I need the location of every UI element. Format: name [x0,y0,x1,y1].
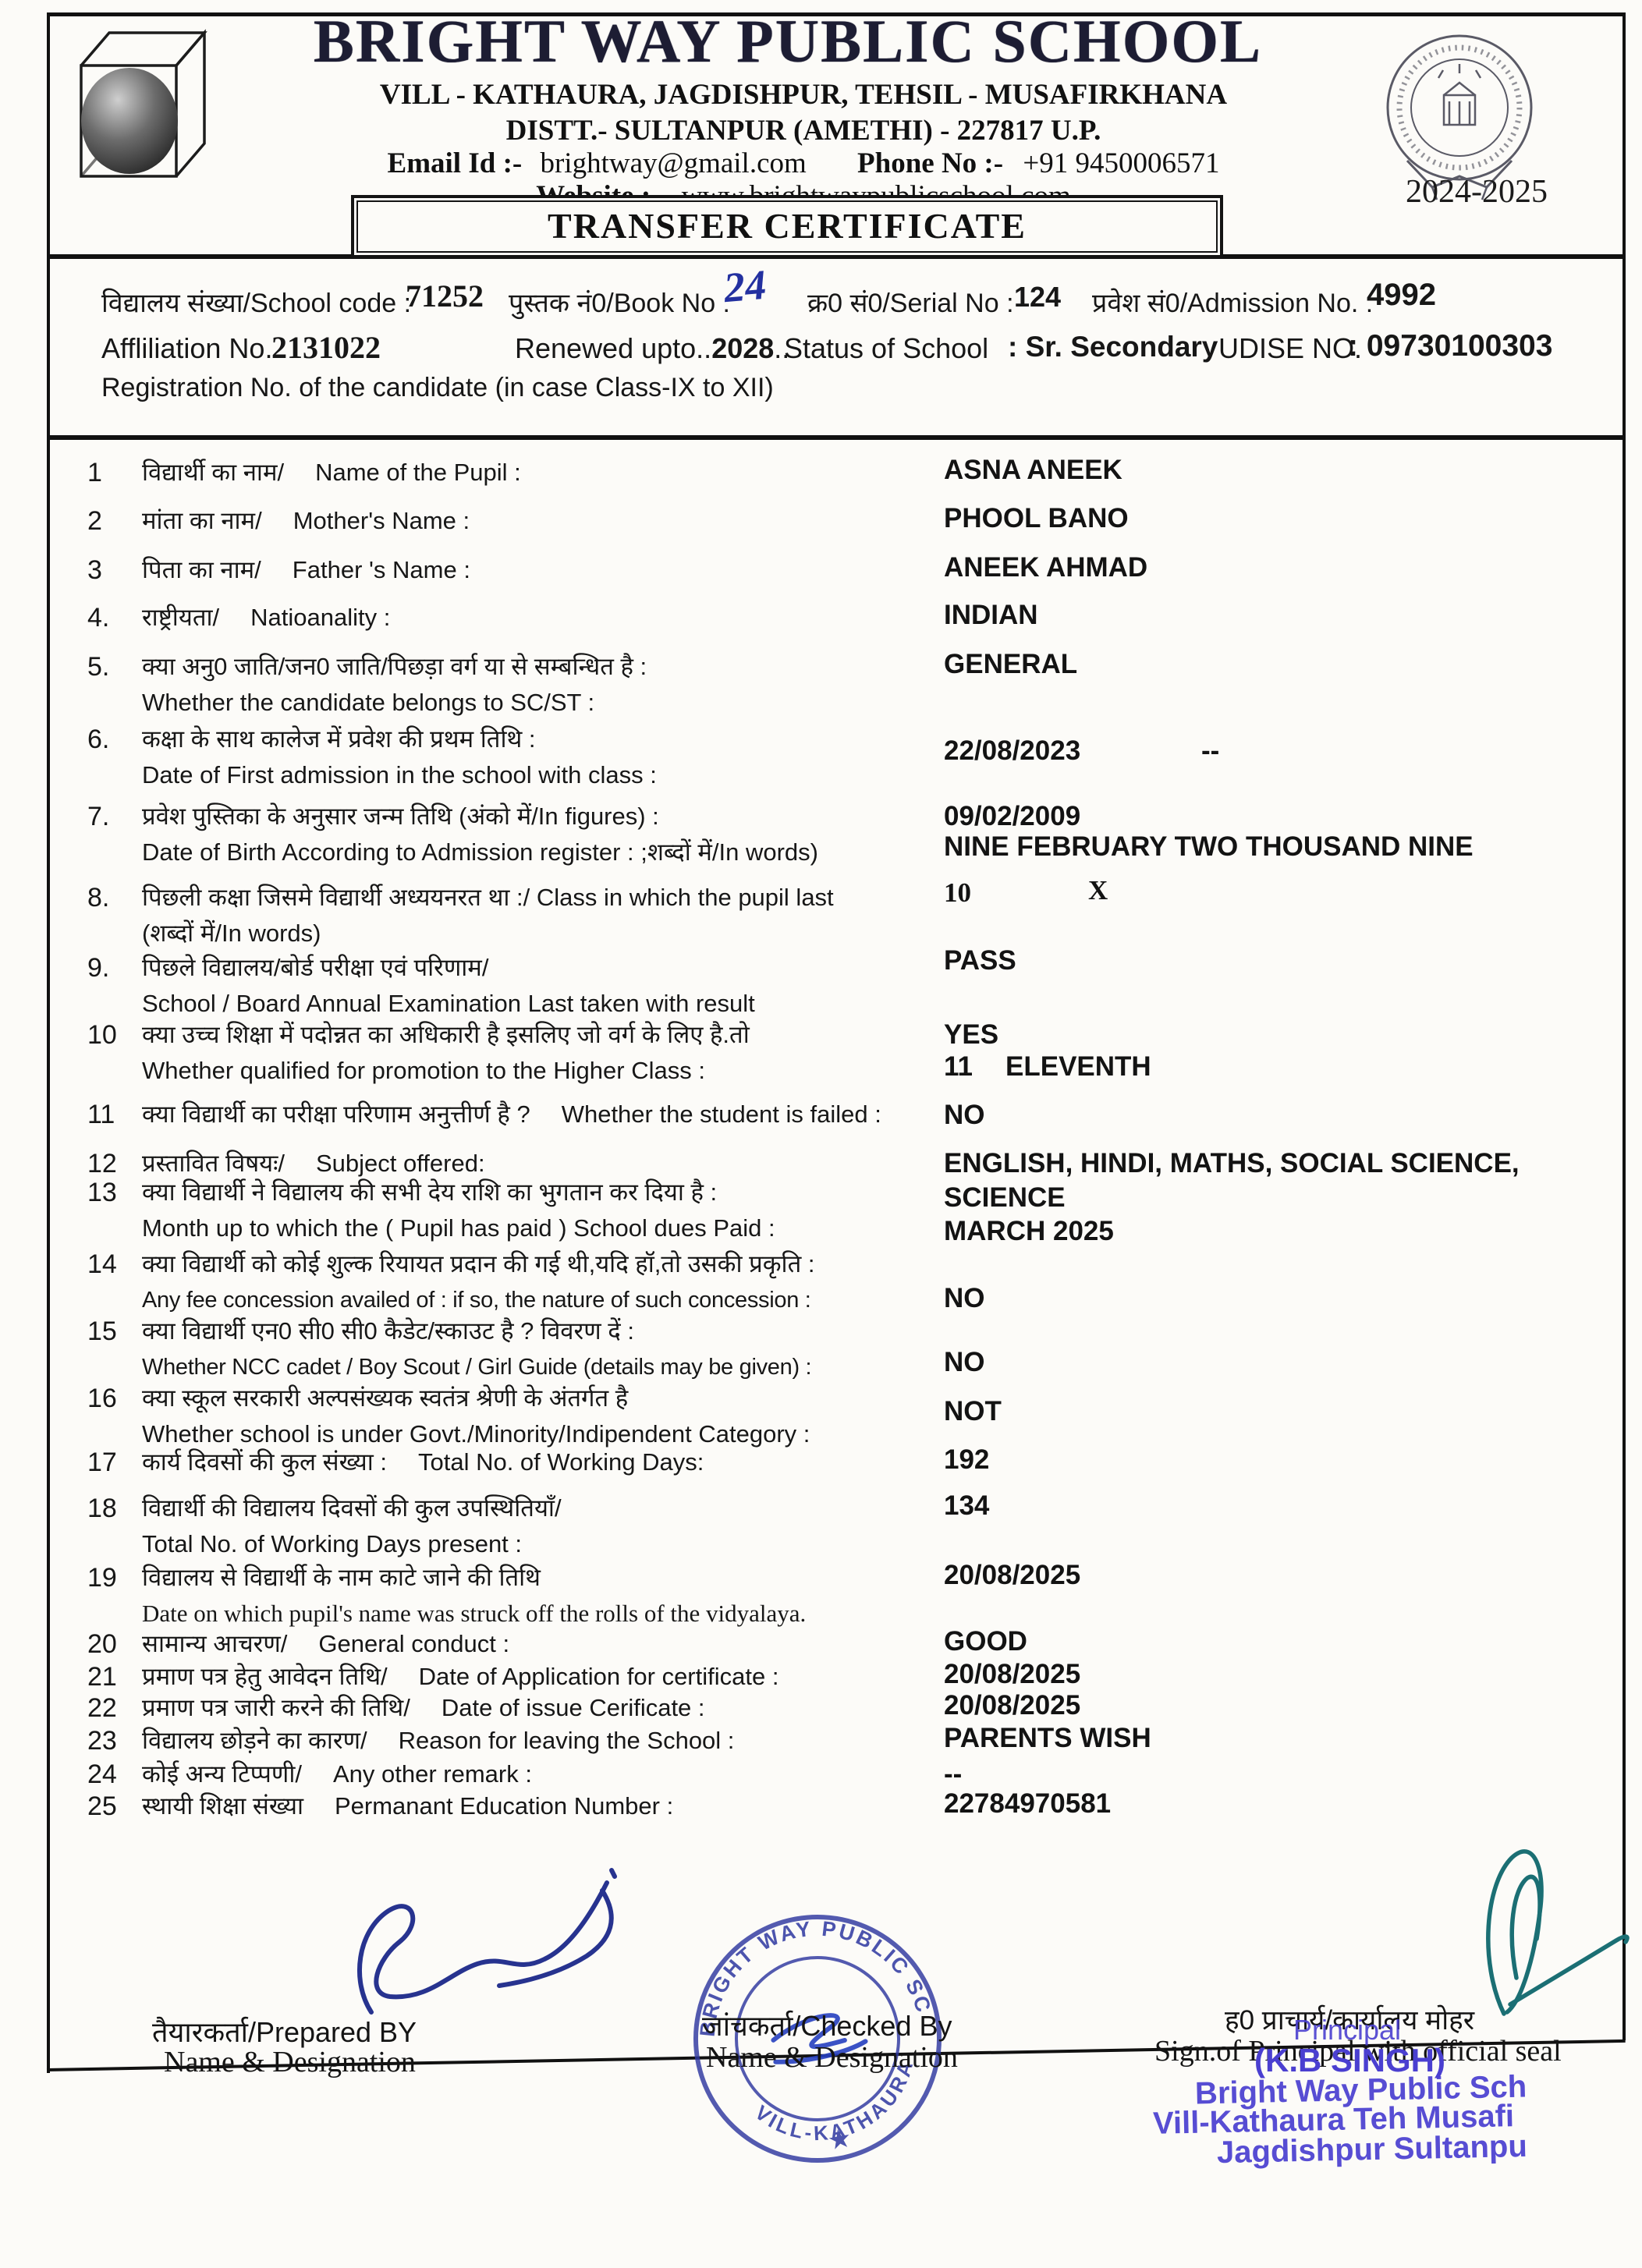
value-leaving-reason: PARENTS WISH [944,1723,1151,1754]
value-days-present: 134 [944,1490,989,1522]
certificate-title: TRANSFER CERTIFICATE [548,206,1027,246]
item-row-2: 2मांता का नाम/Mother's Name : [87,503,942,539]
prepared-by-sub: Name & Designation [164,2045,416,2079]
transfer-certificate-document: BRIGHT WAY PUBLIC SCHOOL VILL - KATHAURA… [0,0,1642,2268]
certificate-title-box: TRANSFER CERTIFICATE [351,195,1223,258]
item-row-8: 8.पिछली कक्षा जिसमे विद्यार्थी अध्ययनरत … [87,880,942,951]
item-row-23: 23विद्यालय छोड़ने का कारण/Reason for lea… [87,1723,942,1759]
affiliation-label: Affliliation No. [101,332,272,365]
value-last-class-words: X [1088,875,1108,906]
stamp-school-line3: Jagdishpur Sultanpu [1217,2129,1528,2171]
school-code-label: विद्यालय संख्या/School code : [101,284,411,320]
prepared-by-signature [296,1856,702,2028]
item-row-7: 7.प्रवेश पुस्तिका के अनुसार जन्म तिथि (अ… [87,799,942,870]
phone-value: +91 9450006571 [1023,147,1219,179]
value-working-days: 192 [944,1444,989,1476]
school-contact-line: Email Id :- brightway@gmail.com Phone No… [234,147,1373,180]
item-row-3: 3पिता का नाम/Father 's Name : [87,552,942,588]
item-row-20: 20सामान्य आचरण/General conduct : [87,1626,942,1662]
book-no-value-handwritten: 24 [722,260,768,312]
item-row-9: 9.पिछले विद्यालय/बोर्ड परीक्षा एवं परिणा… [87,950,942,1022]
item-row-5: 5.क्या अनु0 जाति/जन0 जाति/पिछड़ा वर्ग या… [87,649,942,721]
item-row-24: 24कोई अन्य टिप्पणी/Any other remark : [87,1756,942,1792]
item-row-10: 10क्या उच्च शिक्षा में पदोन्नत का अधिकार… [87,1017,942,1089]
value-dues-paid: MARCH 2025 [944,1216,1114,1247]
udise-label: UDISE NO. [1218,332,1362,365]
value-application-date: 20/08/2025 [944,1659,1080,1690]
school-name: BRIGHT WAY PUBLIC SCHOOL [203,9,1373,73]
border-left [47,12,50,2073]
value-fee-concession: NO [944,1283,985,1314]
admission-no-label: प्रवेश सं0/Admission No. : [1092,284,1373,320]
value-pen-number: 22784970581 [944,1788,1111,1820]
value-other-remark: -- [944,1759,962,1790]
status-value: : Sr. Secondary [1008,331,1218,363]
item-row-6: 6.कक्षा के साथ कालेज में प्रवेश की प्रथम… [87,721,942,793]
admission-no-value: 4992 [1367,278,1436,313]
status-label: Status of School [784,332,988,365]
value-nationality: INDIAN [944,600,1038,631]
serial-no-label: क्र0 सं0/Serial No : [807,284,1014,320]
item-row-17: 17कार्य दिवसों की कुल संख्या :Total No. … [87,1444,942,1480]
item-row-16: 16क्या स्कूल सरकारी अल्पसंख्यक स्वतंत्र … [87,1380,942,1452]
checked-by-label: जांचकर्ता/Checked By [702,2006,952,2044]
item-row-25: 25स्थायी शिक्षा संख्याPermanant Educatio… [87,1788,942,1824]
school-address-line1: VILL - KATHAURA, JAGDISHPUR, TEHSIL - MU… [234,78,1373,112]
value-first-admission-date: 22/08/2023 [944,735,1080,767]
affiliation-value: 2131022 [271,329,381,366]
school-logo-icon [64,17,212,203]
value-failed: NO [944,1100,985,1131]
item-row-13: 13क्या विद्यार्थी ने विद्यालय की सभी देय… [87,1175,942,1246]
checked-by-sub: Name & Designation [706,2040,958,2075]
value-issue-date: 20/08/2025 [944,1690,1080,1721]
value-first-admission-extra: -- [1201,735,1219,767]
email-label: Email Id :- [388,147,523,179]
registration-line: Registration No. of the candidate (in ca… [101,373,774,403]
item-row-18: 18विद्यार्थी की विद्यालय दिवसों की कुल उ… [87,1490,942,1562]
item-row-14: 14क्या विद्यार्थी को कोई शुल्क रियायत प्… [87,1246,942,1318]
svg-text:★: ★ [827,2125,852,2154]
border-right [1622,12,1626,2040]
value-subjects-line2: SCIENCE [944,1182,1066,1214]
value-promotion-class: 11ELEVENTH [944,1051,1151,1083]
value-school-category: NOT [944,1396,1002,1427]
serial-no-value: 124 [1014,281,1061,314]
school-address-line2: DISTT.- SULTANPUR (AMETHI) - 227817 U.P. [234,114,1373,147]
principal-signature [1456,1837,1642,2025]
session-year: 2024-2025 [1406,173,1548,211]
value-struck-off-date: 20/08/2025 [944,1560,1080,1591]
value-category: GENERAL [944,649,1077,680]
udise-value: : 09730100303 [1348,329,1552,363]
value-father-name: ANEEK AHMAD [944,552,1147,583]
value-mother-name: PHOOL BANO [944,503,1129,534]
item-row-15: 15क्या विद्यार्थी एन0 सी0 सी0 कैडेट/स्का… [87,1313,942,1385]
value-subjects-line1: ENGLISH, HINDI, MATHS, SOCIAL SCIENCE, [944,1148,1520,1179]
value-exam-result: PASS [944,945,1016,976]
item-row-19: 19विद्यालय से विद्यार्थी के नाम काटे जान… [87,1560,942,1632]
value-dob-figures: 09/02/2009 [944,801,1080,832]
renewed-upto: Renewed upto..2028.. [515,332,789,365]
value-last-class: 10 [944,877,971,909]
phone-label: Phone No :- [857,147,1003,179]
item-row-11: 11क्या विद्यार्थी का परीक्षा परिणाम अनुत… [87,1097,942,1132]
value-general-conduct: GOOD [944,1626,1027,1657]
section-divider [47,435,1626,440]
book-no-label: पुस्तक नं0/Book No : [509,284,730,320]
item-row-4: 4.राष्ट्रीयता/Natioanality : [87,600,942,636]
item-row-1: 1विद्यार्थी का नाम/Name of the Pupil : [87,455,942,491]
school-code-value: 71252 [406,278,484,314]
item-row-22: 22प्रमाण पत्र जारी करने की तिथि/Date of … [87,1690,942,1726]
value-promotion: YES [944,1019,998,1051]
email-value: brightway@gmail.com [540,147,806,179]
value-ncc: NO [944,1347,985,1378]
value-dob-words: NINE FEBRUARY TWO THOUSAND NINE [944,831,1474,863]
value-pupil-name: ASNA ANEEK [944,455,1122,486]
